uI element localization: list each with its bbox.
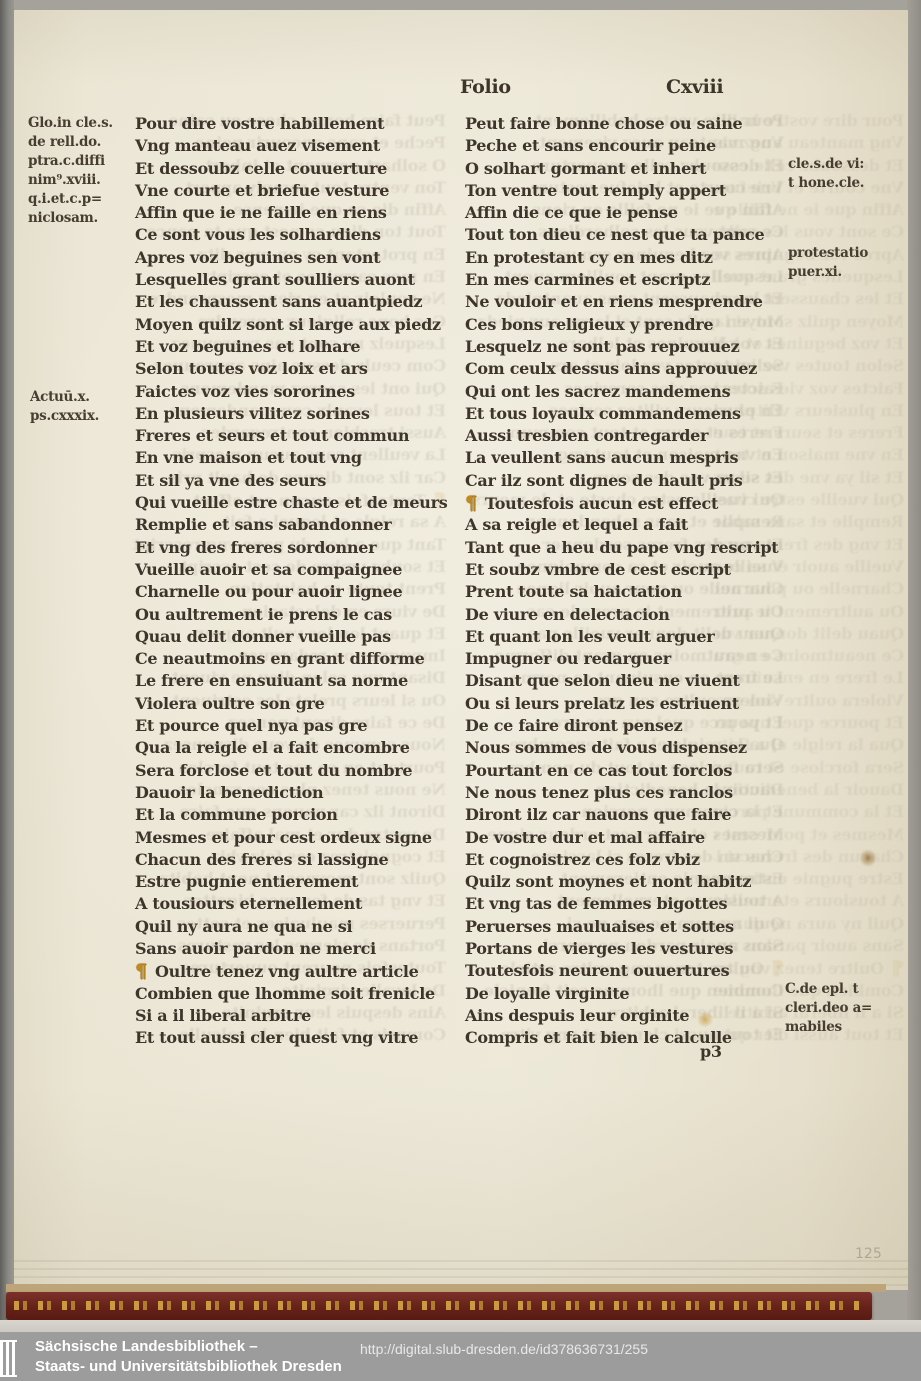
verse-line: Qui ont les sacrez mandemens <box>465 381 795 403</box>
verse-line: Tout ton dieu ce nest que ta pance <box>465 224 795 246</box>
verse-line: Et les chaussent sans auantpiedz <box>135 291 465 313</box>
verse-line: Vueille auoir et sa compaignee <box>135 559 465 581</box>
verse-line: De ce faire diront pensez <box>465 715 795 737</box>
verse-line: Et cognoistrez ces folz vbiz <box>465 849 795 871</box>
verse-line: Nous sommes de vous dispensez <box>465 737 795 759</box>
verse-line: Et pource quel nya pas gre <box>135 715 465 737</box>
verse-line: Toutesfois neurent ouuertures <box>465 960 795 982</box>
verse-line: Quilz sont moynes et nont habitz <box>465 871 795 893</box>
verse-line: ¶Oultre tenez vng aultre article <box>135 960 465 982</box>
verse-line: Peruerses mauluaises et sottes <box>465 916 795 938</box>
verse-line: Affin die ce que ie pense <box>465 202 795 224</box>
verse-line: Impugner ou redarguer <box>465 648 795 670</box>
verse-line: Moyen quilz sont si large aux piedz <box>135 314 465 336</box>
left-margin-note-2: Actuū.x.ps.cxxxix. <box>30 388 99 426</box>
verse-line: Sans auoir pardon ne merci <box>135 938 465 960</box>
verse-line: Et la commune porcion <box>135 804 465 826</box>
verse-line: Et quant lon les veult arguer <box>465 626 795 648</box>
rubric-pilcrow-icon: ¶ <box>135 960 155 982</box>
quire-signature: p3 <box>700 1042 722 1061</box>
verse-line: Aussi tresbien contregarder <box>465 425 795 447</box>
verse-line: La veullent sans aucun mespris <box>465 447 795 469</box>
digital-object-url: http://digital.slub-dresden.de/id3786367… <box>360 1341 648 1357</box>
verse-line: Lesquelles grant soulliers auont <box>135 269 465 291</box>
verse-line: Freres et seurs et tout commun <box>135 425 465 447</box>
binding-gold-ornament <box>14 1301 860 1310</box>
verse-line: Et voz beguines et lolhare <box>135 336 465 358</box>
right-margin-note-3: C.de epl. tcleri.deo a=mabiles <box>785 980 872 1037</box>
verse-line: Combien que lhomme soit frenicle <box>135 983 465 1005</box>
verse-line: Sera forclose et tout du nombre <box>135 760 465 782</box>
verse-line: Et sil ya vne des seurs <box>135 470 465 492</box>
verse-line: Et vng tas de femmes bigottes <box>465 893 795 915</box>
verse-line: A sa reigle et lequel a fait <box>465 514 795 536</box>
verse-line: Qua la reigle el a fait encombre <box>135 737 465 759</box>
verse-line: Disant que selon dieu ne viuent <box>465 670 795 692</box>
verse-line: Peut faire bonne chose ou saine <box>465 113 795 135</box>
verse-line: Et tous loyaulx commandemens <box>465 403 795 425</box>
verse-line: De loyalle virginite <box>465 983 795 1005</box>
verse-line: Ains despuis leur orginite <box>465 1005 795 1027</box>
verse-line: Selon toutes voz loix et ars <box>135 358 465 380</box>
left-margin-note-1: Glo.in cle.s.de rell.do.ptra.c.diffinim⁹… <box>28 114 113 228</box>
parchment-stain <box>860 848 876 868</box>
rubric-pilcrow-icon: ¶ <box>465 492 485 514</box>
text-column-right: Peut faire bonne chose ou sainePeche et … <box>465 113 795 1049</box>
verse-line: En protestant cy en mes ditz <box>465 247 795 269</box>
verse-line: Ne vouloir et en riens mesprendre <box>465 291 795 313</box>
folio-number: Cxviii <box>666 76 723 98</box>
verse-line: Faictes voz vies sororines <box>135 381 465 403</box>
verse-line: Quau delit donner vueille pas <box>135 626 465 648</box>
right-margin-note-1: cle.s.de vi:t hone.cle. <box>788 155 864 193</box>
verse-line: O solhart gormant et inhert <box>465 158 795 180</box>
verse-line: Apres voz beguines sen vont <box>135 247 465 269</box>
verse-line: Lesquelz ne sont pas reprouuez <box>465 336 795 358</box>
verse-line: Et dessoubz celle couuerture <box>135 158 465 180</box>
verse-line: Remplie et sans sabandonner <box>135 514 465 536</box>
verse-line: Prent toute sa haictation <box>465 581 795 603</box>
verse-line: Et tout aussi cler quest vng vitre <box>135 1027 465 1049</box>
verse-line: De vostre dur et mal affaire <box>465 827 795 849</box>
right-margin-note-2: protestatiopuer.xi. <box>788 244 868 282</box>
text-column-left: Pour dire vostre habillementVng manteau … <box>135 113 465 1049</box>
verse-line: Ces bons religieux y prendre <box>465 314 795 336</box>
verse-line: A tousiours eternellement <box>135 893 465 915</box>
verse-line: Car ilz sont dignes de hault pris <box>465 470 795 492</box>
scan-edge-right <box>907 0 921 1332</box>
verse-line: Si a il liberal arbitre <box>135 1005 465 1027</box>
verse-line: Et vng des freres sordonner <box>135 537 465 559</box>
verse-line: Mesmes et pour cest ordeux signe <box>135 827 465 849</box>
verse-line: Qui vueille estre chaste et de meurs <box>135 492 465 514</box>
verse-line: Compris et fait bien le calculle <box>465 1027 795 1049</box>
verse-line: Violera oultre son gre <box>135 693 465 715</box>
verse-line: Pour dire vostre habillement <box>135 113 465 135</box>
verse-line: Dauoir la benediction <box>135 782 465 804</box>
scan-edge-left <box>0 0 14 1332</box>
verse-line: En vne maison et tout vng <box>135 447 465 469</box>
verse-line: Chacun des freres si lassigne <box>135 849 465 871</box>
verse-line: Estre pugnie entierement <box>135 871 465 893</box>
verse-line: Quil ny aura ne qua ne si <box>135 916 465 938</box>
verse-line: Le frere en ensuiuant sa norme <box>135 670 465 692</box>
verse-line: Portans de vierges les vestures <box>465 938 795 960</box>
verse-line: Ton ventre tout remply appert <box>465 180 795 202</box>
slub-logo-icon <box>0 1340 17 1377</box>
book-page: Peut faire bonne chose ou sainePeche et … <box>14 10 908 1290</box>
verse-line: Tant que a heu du pape vng rescript <box>465 537 795 559</box>
verse-line: Ce neautmoins en grant difforme <box>135 648 465 670</box>
verse-line: Affin que ie ne faille en riens <box>135 202 465 224</box>
footer-bar: Sächsische Landesbibliothek – Staats- un… <box>0 1332 921 1381</box>
verse-line: En plusieurs vilitez sorines <box>135 403 465 425</box>
verse-line: De viure en delectacion <box>465 604 795 626</box>
verse-line: Ce sont vous les solhardiens <box>135 224 465 246</box>
scan-root: Peut faire bonne chose ou sainePeche et … <box>0 0 921 1381</box>
table-fabric <box>0 1320 921 1332</box>
binding-edge-decoration <box>6 1292 872 1320</box>
verse-line: Vng manteau auez visement <box>135 135 465 157</box>
verse-line: Pourtant en ce cas tout forclos <box>465 760 795 782</box>
page-block-edge <box>6 1284 886 1292</box>
verse-line: Diront ilz car nauons que faire <box>465 804 795 826</box>
verse-line: Com ceulx dessus ains approuuez <box>465 358 795 380</box>
verse-line: Charnelle ou pour auoir lignee <box>135 581 465 603</box>
verse-line: En mes carmines et escriptz <box>465 269 795 291</box>
verse-line: Peche et sans encourir peine <box>465 135 795 157</box>
verse-line: Ou aultrement ie prens le cas <box>135 604 465 626</box>
verse-line: ¶Toutesfois aucun est effect <box>465 492 795 514</box>
verse-line: Ne nous tenez plus ces ranclos <box>465 782 795 804</box>
library-name-line1: Sächsische Landesbibliothek – <box>35 1338 258 1355</box>
verse-line: Ou si leurs prelatz les estriuent <box>465 693 795 715</box>
library-name-line2: Staats- und Universitätsbibliothek Dresd… <box>35 1358 342 1375</box>
folio-label: Folio <box>460 76 511 98</box>
verse-line: Vne courte et briefue vesture <box>135 180 465 202</box>
verse-line: Et soubz vmbre de cest escript <box>465 559 795 581</box>
